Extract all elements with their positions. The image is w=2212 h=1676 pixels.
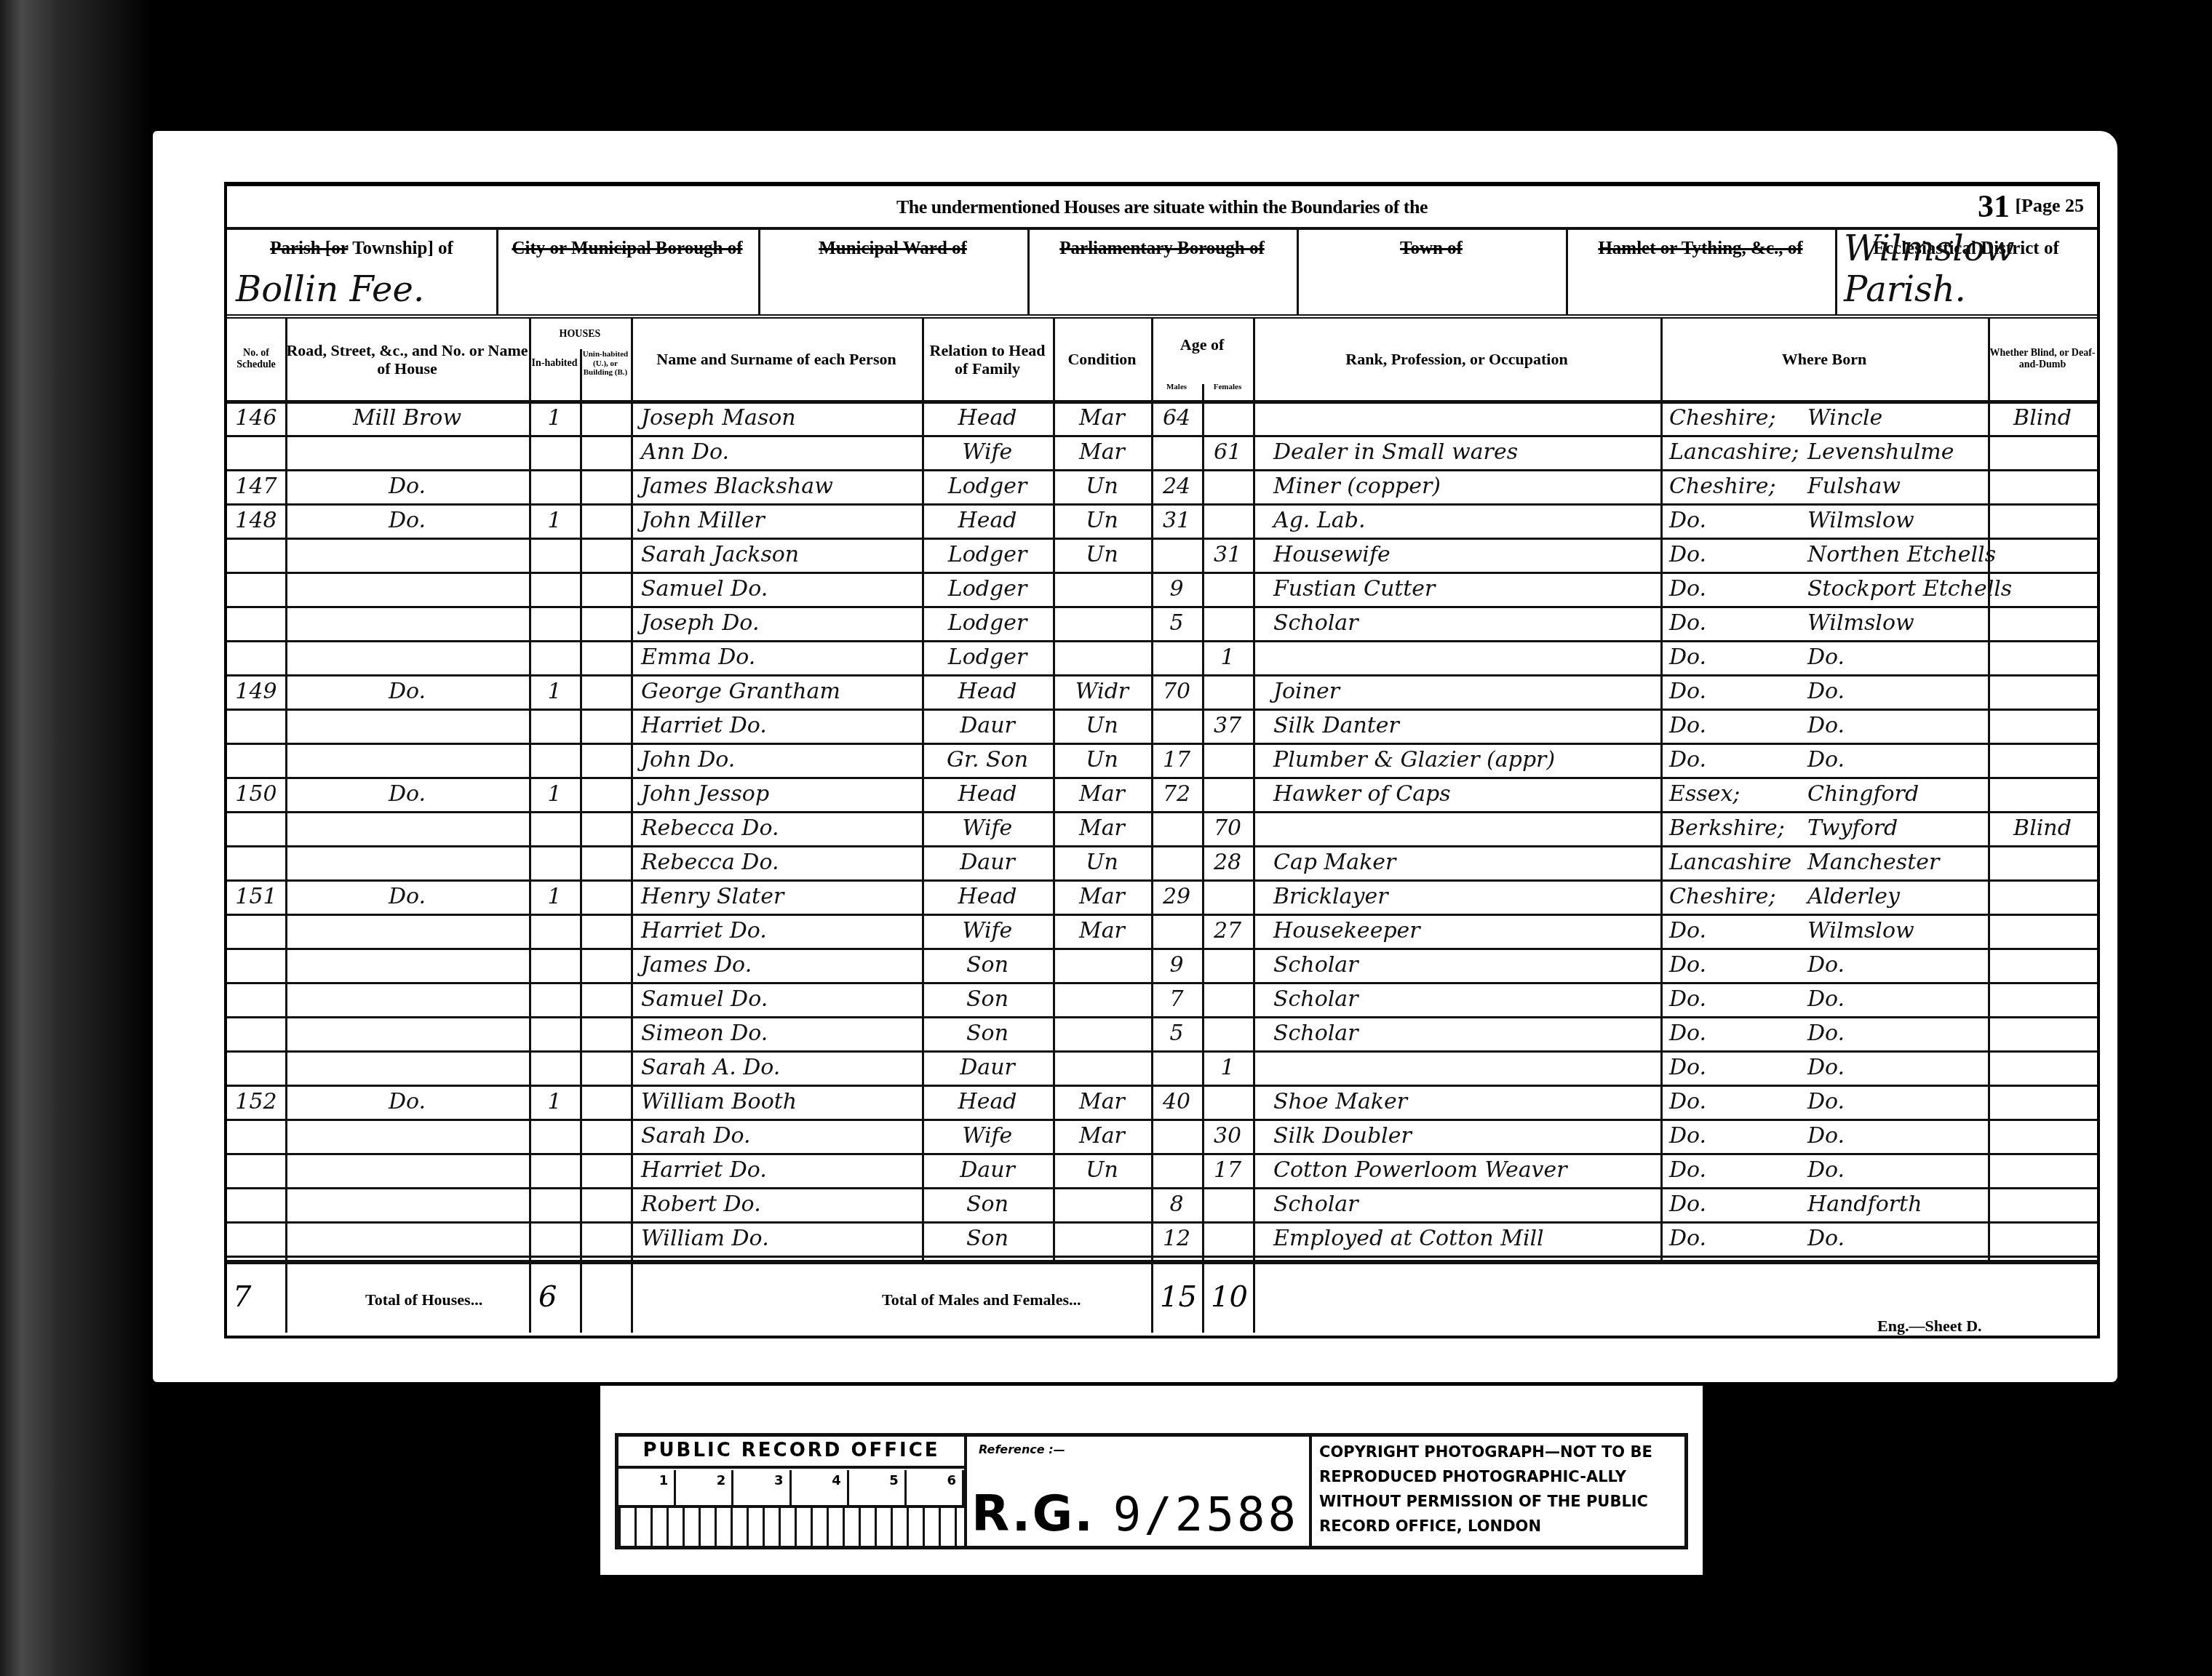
cell-relation: Daur	[922, 709, 1053, 745]
cell-female: 27	[1202, 914, 1253, 950]
cell-road	[285, 709, 529, 745]
cell-road: Do.	[285, 675, 529, 711]
cell-occupation: Scholar	[1253, 1017, 1681, 1053]
cell-female	[1202, 983, 1253, 1018]
cell-blind	[1988, 504, 2097, 540]
cell-inhabited	[529, 1188, 580, 1224]
cell-schedule: 151	[227, 880, 285, 916]
cell-male	[1151, 846, 1202, 882]
cell-schedule	[227, 1120, 285, 1155]
cell-blind	[1988, 607, 2097, 642]
sheet-footer: Eng.—Sheet D.	[1877, 1317, 1982, 1336]
cell-condition: Un	[1053, 846, 1151, 882]
cell-uninhabited	[580, 1120, 631, 1155]
cell-blind	[1988, 470, 2097, 506]
cell-road	[285, 983, 529, 1018]
cell-relation: Head	[922, 504, 1053, 540]
cell-occupation	[1253, 812, 1681, 847]
cell-occupation	[1253, 641, 1681, 677]
cell-relation: Son	[922, 1222, 1053, 1258]
cell-schedule	[227, 607, 285, 642]
cell-female: 37	[1202, 709, 1253, 745]
cell-condition: Mar	[1053, 436, 1151, 471]
cell-male	[1151, 812, 1202, 847]
ruler-number: 6	[907, 1470, 964, 1505]
cell-blind	[1988, 1051, 2097, 1087]
cell-blind	[1988, 949, 2097, 984]
cell-road	[285, 436, 529, 471]
cell-road	[285, 538, 529, 574]
cell-road	[285, 812, 529, 847]
cell-name: William Booth	[631, 1085, 932, 1121]
copyright-notice: COPYRIGHT PHOTOGRAPH—NOT TO BE REPRODUCE…	[1312, 1440, 1680, 1543]
township-value: Bollin Fee.	[236, 269, 490, 310]
census-form: The undermentioned Houses are situate wi…	[224, 182, 2100, 1338]
cell-relation: Son	[922, 1017, 1053, 1053]
record-office-stamp: PUBLIC RECORD OFFICE 123456 Reference :—…	[600, 1386, 1703, 1575]
cell-male: 24	[1151, 470, 1202, 506]
cell-occupation: Dealer in Small wares	[1253, 436, 1681, 471]
cell-inhabited	[529, 709, 580, 745]
cell-occupation: Employed at Cotton Mill	[1253, 1222, 1681, 1258]
cell-where-born: Do.Do.	[1660, 949, 1988, 984]
cell-uninhabited	[580, 846, 631, 882]
cell-relation: Head	[922, 1085, 1053, 1121]
cell-occupation: Housewife	[1253, 538, 1681, 574]
cell-uninhabited	[580, 1154, 631, 1189]
cell-relation: Lodger	[922, 470, 1053, 506]
cell-inhabited: 1	[529, 778, 580, 813]
total-houses-label: Total of Houses...	[365, 1290, 482, 1309]
cell-relation: Lodger	[922, 572, 1053, 608]
cell-female	[1202, 743, 1253, 779]
cell-where-born: Berkshire;Twyford	[1660, 812, 1988, 847]
cell-occupation: Scholar	[1253, 983, 1681, 1018]
cell-schedule: 147	[227, 470, 285, 506]
film-edge	[0, 0, 153, 1676]
cell-name: Sarah Jackson	[631, 538, 932, 574]
table-row: 147Do.James BlackshawLodgerUn24Miner (co…	[227, 470, 2097, 505]
cell-female: 30	[1202, 1120, 1253, 1155]
cell-relation: Wife	[922, 436, 1053, 471]
cell-road	[285, 1154, 529, 1189]
table-row: John Do.Gr. SonUn17Plumber & Glazier (ap…	[227, 743, 2097, 778]
cell-schedule	[227, 1051, 285, 1087]
cell-road	[285, 1222, 529, 1258]
cell-occupation: Miner (copper)	[1253, 470, 1681, 506]
table-row: 146Mill Brow1Joseph MasonHeadMar64Cheshi…	[227, 402, 2097, 436]
cell-condition: Mar	[1053, 1120, 1151, 1155]
cell-uninhabited	[580, 641, 631, 677]
cell-inhabited	[529, 436, 580, 471]
admin-municipal-ward: Municipal Ward of	[758, 230, 1030, 314]
cell-male	[1151, 709, 1202, 745]
cell-where-born: Do.Wilmslow	[1660, 914, 1988, 950]
cell-male	[1151, 538, 1202, 574]
ruler-number: 1	[618, 1470, 676, 1505]
cell-road	[285, 1188, 529, 1224]
cell-road	[285, 641, 529, 677]
cell-uninhabited	[580, 709, 631, 745]
table-row: Joseph Do.Lodger5ScholarDo.Wilmslow	[227, 607, 2097, 642]
cell-occupation	[1253, 1051, 1681, 1087]
cell-uninhabited	[580, 1222, 631, 1258]
totals-row: 7 Total of Houses... 6 Total of Males an…	[227, 1260, 2097, 1337]
cell-inhabited	[529, 1051, 580, 1087]
cell-blind	[1988, 1017, 2097, 1053]
admin-ecclesiastical-district: Ecclesiastical District of Wilmslow Pari…	[1835, 230, 2097, 314]
cell-blind	[1988, 1085, 2097, 1121]
table-row: Sarah JacksonLodgerUn31HousewifeDo.North…	[227, 538, 2097, 573]
cell-inhabited	[529, 1154, 580, 1189]
cell-occupation: Scholar	[1253, 949, 1681, 984]
cell-name: Joseph Mason	[631, 402, 932, 437]
cell-occupation: Hawker of Caps	[1253, 778, 1681, 813]
cell-blind	[1988, 436, 2097, 471]
cell-schedule	[227, 436, 285, 471]
cell-uninhabited	[580, 1017, 631, 1053]
cell-blind	[1988, 914, 2097, 950]
cell-male: 9	[1151, 949, 1202, 984]
table-row: 150Do.1John JessopHeadMar72Hawker of Cap…	[227, 778, 2097, 813]
cell-schedule	[227, 1222, 285, 1258]
cell-male: 12	[1151, 1222, 1202, 1258]
cell-name: Harriet Do.	[631, 709, 932, 745]
cell-where-born: Lancashire;Levenshulme	[1660, 436, 1988, 471]
folio-number: 31	[1978, 188, 2010, 225]
cell-male: 8	[1151, 1188, 1202, 1224]
cell-where-born: Do.Do.	[1660, 709, 1988, 745]
cell-name: Emma Do.	[631, 641, 932, 677]
banner-title: The undermentioned Houses are situate wi…	[227, 196, 2097, 218]
header-relation: Relation to Head of Family	[922, 319, 1053, 404]
cell-where-born: Do.Handforth	[1660, 1188, 1988, 1224]
cell-schedule	[227, 641, 285, 677]
cell-relation: Gr. Son	[922, 743, 1053, 779]
table-row: 152Do.1William BoothHeadMar40Shoe MakerD…	[227, 1085, 2097, 1120]
page-label: [Page 25	[2015, 195, 2084, 217]
cell-road	[285, 846, 529, 882]
cell-female	[1202, 470, 1253, 506]
cell-female: 17	[1202, 1154, 1253, 1189]
table-row: Samuel Do.Lodger9Fustian CutterDo.Stockp…	[227, 572, 2097, 607]
cell-uninhabited	[580, 1051, 631, 1087]
cell-female: 31	[1202, 538, 1253, 574]
cell-male: 31	[1151, 504, 1202, 540]
cell-relation: Lodger	[922, 607, 1053, 642]
pro-title: PUBLIC RECORD OFFICE	[618, 1440, 964, 1469]
cell-male: 5	[1151, 607, 1202, 642]
cell-inhabited	[529, 1222, 580, 1258]
cell-road	[285, 1120, 529, 1155]
cell-occupation: Plumber & Glazier (appr)	[1253, 743, 1681, 779]
cell-condition	[1053, 607, 1151, 642]
cell-uninhabited	[580, 1085, 631, 1121]
cell-female: 1	[1202, 1051, 1253, 1087]
table-row: James Do.Son9ScholarDo.Do.	[227, 949, 2097, 983]
cell-male	[1151, 436, 1202, 471]
table-row: Sarah A. Do.Daur1Do.Do.	[227, 1051, 2097, 1086]
cell-blind	[1988, 709, 2097, 745]
cell-blind	[1988, 538, 2097, 574]
cell-inhabited: 1	[529, 880, 580, 916]
header-condition: Condition	[1053, 319, 1151, 404]
cell-name: Sarah A. Do.	[631, 1051, 932, 1087]
cell-inhabited	[529, 572, 580, 608]
table-row: Robert Do.Son8ScholarDo.Handforth	[227, 1188, 2097, 1223]
cell-schedule	[227, 949, 285, 984]
cell-name: Harriet Do.	[631, 914, 932, 950]
cell-schedule: 150	[227, 778, 285, 813]
cell-name: Rebecca Do.	[631, 846, 932, 882]
cell-road: Mill Brow	[285, 402, 529, 437]
cell-male	[1151, 1120, 1202, 1155]
cell-inhabited	[529, 1017, 580, 1053]
cell-schedule	[227, 846, 285, 882]
table-row: Ann Do.WifeMar61Dealer in Small waresLan…	[227, 436, 2097, 471]
cell-uninhabited	[580, 1188, 631, 1224]
table-row: Simeon Do.Son5ScholarDo.Do.	[227, 1017, 2097, 1052]
form-banner: The undermentioned Houses are situate wi…	[227, 186, 2097, 230]
cell-where-born: Cheshire;Fulshaw	[1660, 470, 1988, 506]
cell-inhabited	[529, 1120, 580, 1155]
table-row: Rebecca Do.DaurUn28Cap MakerLancashireMa…	[227, 846, 2097, 881]
cell-name: Sarah Do.	[631, 1120, 932, 1155]
table-row: Harriet Do.WifeMar27HousekeeperDo.Wilmsl…	[227, 914, 2097, 949]
cell-female: 61	[1202, 436, 1253, 471]
cell-female	[1202, 1017, 1253, 1053]
cell-inhabited: 1	[529, 675, 580, 711]
cell-female	[1202, 572, 1253, 608]
cell-schedule	[227, 983, 285, 1018]
cell-blind	[1988, 880, 2097, 916]
cell-blind	[1988, 572, 2097, 608]
cell-uninhabited	[580, 949, 631, 984]
cell-uninhabited	[580, 983, 631, 1018]
cell-condition: Un	[1053, 538, 1151, 574]
cell-male	[1151, 1051, 1202, 1087]
cell-blind	[1988, 743, 2097, 779]
cell-condition: Mar	[1053, 914, 1151, 950]
cell-name: John Do.	[631, 743, 932, 779]
header-blind: Whether Blind, or Deaf-and-Dumb	[1988, 319, 2097, 404]
cell-name: Samuel Do.	[631, 572, 932, 608]
cell-road: Do.	[285, 504, 529, 540]
cell-inhabited	[529, 607, 580, 642]
cell-road	[285, 743, 529, 779]
cell-road: Do.	[285, 470, 529, 506]
cell-occupation: Fustian Cutter	[1253, 572, 1681, 608]
cell-relation: Head	[922, 675, 1053, 711]
cell-name: James Blackshaw	[631, 470, 932, 506]
cell-inhabited	[529, 743, 580, 779]
cell-relation: Son	[922, 983, 1053, 1018]
cell-occupation: Cap Maker	[1253, 846, 1681, 882]
cell-schedule: 152	[227, 1085, 285, 1121]
cell-condition: Un	[1053, 709, 1151, 745]
cell-blind: Blind	[1988, 812, 2097, 847]
cell-inhabited	[529, 983, 580, 1018]
cell-female	[1202, 1222, 1253, 1258]
cell-where-born: Do.Do.	[1660, 675, 1988, 711]
cell-relation: Lodger	[922, 641, 1053, 677]
admin-parliamentary-borough: Parliamentary Borough of	[1027, 230, 1299, 314]
cell-inhabited	[529, 470, 580, 506]
cell-condition: Un	[1053, 470, 1151, 506]
cell-condition	[1053, 641, 1151, 677]
cell-relation: Wife	[922, 1120, 1053, 1155]
cell-condition: Mar	[1053, 812, 1151, 847]
cell-male	[1151, 641, 1202, 677]
cell-condition: Mar	[1053, 402, 1151, 437]
cell-where-born: Do.Do.	[1660, 1017, 1988, 1053]
cell-inhabited	[529, 949, 580, 984]
header-name: Name and Surname of each Person	[631, 319, 922, 404]
cell-relation: Son	[922, 949, 1053, 984]
header-where-born: Where Born	[1660, 319, 1988, 404]
cell-uninhabited	[580, 880, 631, 916]
cell-blind	[1988, 846, 2097, 882]
cell-name: John Jessop	[631, 778, 932, 813]
cell-inhabited	[529, 641, 580, 677]
cell-name: Samuel Do.	[631, 983, 932, 1018]
table-row: 149Do.1George GranthamHeadWidr70JoinerDo…	[227, 675, 2097, 710]
cell-blind	[1988, 1120, 2097, 1155]
cell-schedule	[227, 709, 285, 745]
cell-inhabited: 1	[529, 1085, 580, 1121]
cell-relation: Daur	[922, 846, 1053, 882]
table-row: Harriet Do.DaurUn37Silk DanterDo.Do.	[227, 709, 2097, 744]
margin-mark: 7	[233, 1280, 251, 1314]
total-persons-label: Total of Males and Females...	[882, 1290, 1081, 1309]
cell-where-born: Do.Wilmslow	[1660, 607, 1988, 642]
cell-where-born: Do.Do.	[1660, 1120, 1988, 1155]
cell-male: 40	[1151, 1085, 1202, 1121]
cell-relation: Daur	[922, 1051, 1053, 1087]
header-road: Road, Street, &c., and No. or Name of Ho…	[285, 319, 529, 404]
cell-blind	[1988, 1154, 2097, 1189]
cell-male	[1151, 1154, 1202, 1189]
cell-road: Do.	[285, 778, 529, 813]
cell-name: Joseph Do.	[631, 607, 932, 642]
cell-occupation: Housekeeper	[1253, 914, 1681, 950]
cell-name: William Do.	[631, 1222, 932, 1258]
cell-occupation: Joiner	[1253, 675, 1681, 711]
cell-female: 1	[1202, 641, 1253, 677]
cell-male: 70	[1151, 675, 1202, 711]
header-schedule: No. of Schedule	[227, 319, 285, 404]
cell-relation: Lodger	[922, 538, 1053, 574]
table-row: Samuel Do.Son7ScholarDo.Do.	[227, 983, 2097, 1018]
table-row: Sarah Do.WifeMar30Silk DoublerDo.Do.	[227, 1120, 2097, 1154]
cell-uninhabited	[580, 470, 631, 506]
cell-relation: Head	[922, 402, 1053, 437]
cell-inhabited	[529, 846, 580, 882]
ecclesiastical-value: Wilmslow Parish.	[1844, 228, 2091, 310]
cell-uninhabited	[580, 572, 631, 608]
cell-uninhabited	[580, 675, 631, 711]
cell-inhabited: 1	[529, 402, 580, 437]
cell-condition	[1053, 983, 1151, 1018]
cell-name: George Grantham	[631, 675, 932, 711]
cell-male: 72	[1151, 778, 1202, 813]
administrative-areas: Parish [or Township] of Bollin Fee. City…	[227, 230, 2097, 319]
cell-male: 29	[1151, 880, 1202, 916]
cell-name: Simeon Do.	[631, 1017, 932, 1053]
cell-road	[285, 572, 529, 608]
reference-number: R.G. 9/2588	[971, 1485, 1299, 1543]
cell-blind	[1988, 1188, 2097, 1224]
cell-condition	[1053, 1188, 1151, 1224]
cell-male	[1151, 914, 1202, 950]
cell-road	[285, 1051, 529, 1087]
cell-female: 28	[1202, 846, 1253, 882]
table-row: Rebecca Do.WifeMar70Berkshire;TwyfordBli…	[227, 812, 2097, 847]
cell-occupation	[1253, 402, 1681, 437]
cell-inhabited: 1	[529, 504, 580, 540]
cell-inhabited	[529, 538, 580, 574]
table-row: William Do.Son12Employed at Cotton MillD…	[227, 1222, 2097, 1257]
cell-road	[285, 914, 529, 950]
cell-condition	[1053, 1017, 1151, 1053]
cell-occupation: Silk Doubler	[1253, 1120, 1681, 1155]
cell-blind: Blind	[1988, 402, 2097, 437]
cell-uninhabited	[580, 402, 631, 437]
cell-road	[285, 1017, 529, 1053]
cell-where-born: Do.Do.	[1660, 1051, 1988, 1087]
cell-name: Ann Do.	[631, 436, 932, 471]
cell-female: 70	[1202, 812, 1253, 847]
cell-schedule	[227, 914, 285, 950]
cell-schedule	[227, 1154, 285, 1189]
header-occupation: Rank, Profession, or Occupation	[1253, 319, 1660, 404]
cell-uninhabited	[580, 538, 631, 574]
cell-uninhabited	[580, 812, 631, 847]
table-row: Harriet Do.DaurUn17Cotton Powerloom Weav…	[227, 1154, 2097, 1189]
cell-condition: Un	[1053, 743, 1151, 779]
table-row: 151Do.1Henry SlaterHeadMar29BricklayerCh…	[227, 880, 2097, 915]
cell-where-born: Cheshire;Alderley	[1660, 880, 1988, 916]
cell-name: Henry Slater	[631, 880, 932, 916]
ruler-number: 3	[733, 1470, 791, 1505]
cell-condition	[1053, 572, 1151, 608]
cell-name: Robert Do.	[631, 1188, 932, 1224]
cell-female	[1202, 675, 1253, 711]
admin-hamlet: Hamlet or Tything, &c., of	[1566, 230, 1837, 314]
cell-uninhabited	[580, 436, 631, 471]
cell-condition: Mar	[1053, 1085, 1151, 1121]
cell-condition: Widr	[1053, 675, 1151, 711]
cell-female	[1202, 1085, 1253, 1121]
cell-uninhabited	[580, 504, 631, 540]
cell-where-born: Do.Do.	[1660, 743, 1988, 779]
cell-female	[1202, 504, 1253, 540]
cell-female	[1202, 778, 1253, 813]
cell-male: 5	[1151, 1017, 1202, 1053]
admin-town: Town of	[1297, 230, 1568, 314]
cell-female	[1202, 880, 1253, 916]
cell-condition: Mar	[1053, 880, 1151, 916]
cell-where-born: Do.Stockport Etchells	[1660, 572, 1988, 608]
reference-box: Reference :— R.G. 9/2588	[967, 1437, 1312, 1546]
total-females: 10	[1211, 1280, 1248, 1314]
cell-relation: Son	[922, 1188, 1053, 1224]
cell-where-born: Essex;Chingford	[1660, 778, 1988, 813]
cell-road: Do.	[285, 880, 529, 916]
cell-name: John Miller	[631, 504, 932, 540]
cell-where-born: Do.Wilmslow	[1660, 504, 1988, 540]
total-houses-value: 6	[538, 1280, 557, 1314]
